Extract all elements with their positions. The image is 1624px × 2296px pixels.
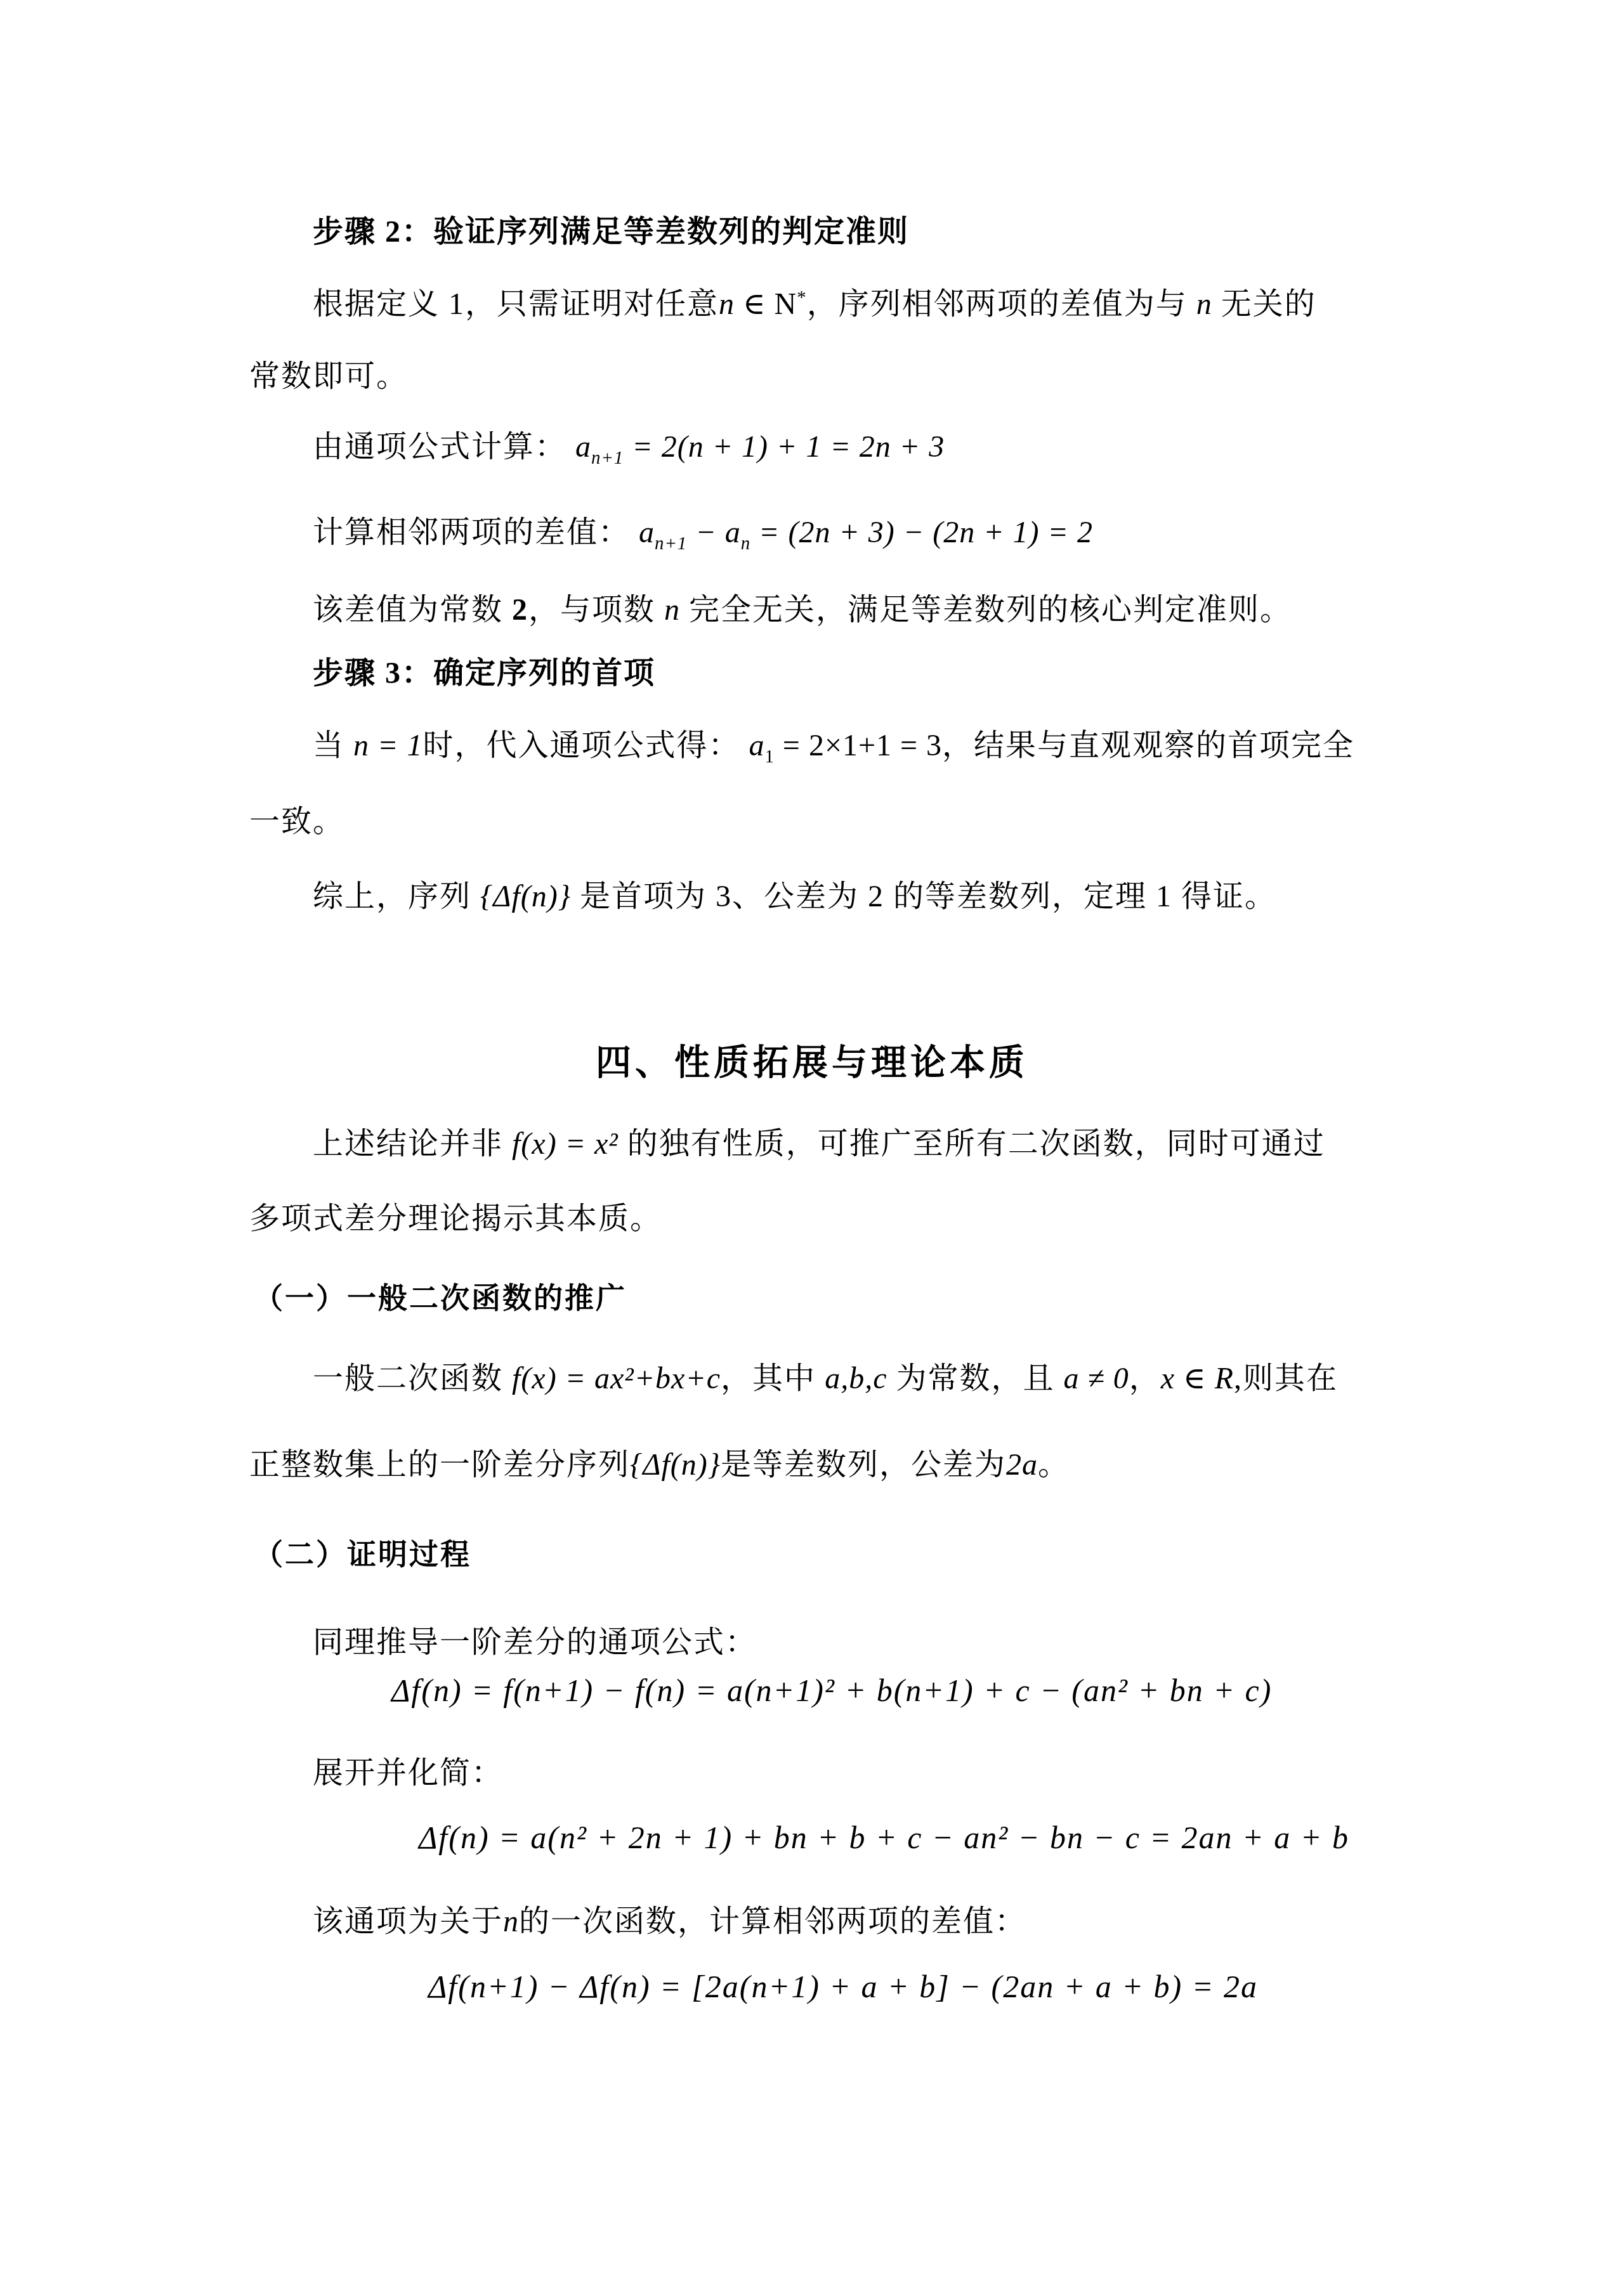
math-x-in-R: x ∈ R — [1161, 1362, 1234, 1395]
text: 。 — [1038, 1448, 1070, 1482]
math-2a: 2a — [1006, 1448, 1038, 1482]
math-delta-f-set: {Δf(n)} — [630, 1448, 721, 1482]
text: ， — [1129, 1362, 1161, 1395]
text: ，序列相邻两项的差值为与 — [807, 287, 1196, 321]
text: 的一次函数，计算相邻两项的差值： — [519, 1905, 1026, 1938]
text: 上述结论并非 — [313, 1127, 512, 1161]
step3-line1: 当 n = 1时，代入通项公式得：a1 = 2×1+1 = 3，结果与直观观察的… — [313, 727, 1354, 765]
step3-line2: 一致。 — [249, 803, 344, 841]
document-page: 步骤 2：验证序列满足等差数列的判定准则 根据定义 1，只需证明对任意n ∈ N… — [0, 0, 1624, 2296]
math-fx-x2: f(x) = x² — [512, 1127, 619, 1161]
calc1-rhs: = 2(n + 1) + 1 = 2n + 3 — [624, 430, 945, 464]
text: ，与项数 — [528, 593, 664, 627]
math-n: n — [664, 593, 680, 627]
math-a-neq-0: a ≠ 0 — [1063, 1362, 1129, 1395]
text: 根据定义 1，只需证明对任意 — [313, 287, 719, 321]
math-formula: = 2×1+1 = 3 — [775, 729, 942, 762]
text: 该差值为常数 — [313, 593, 512, 627]
subsection2-line2: 展开并化简： — [313, 1754, 503, 1792]
text: 是等差数列，公差为 — [721, 1448, 1006, 1482]
calc2-a: a — [639, 516, 655, 549]
math-delta-f-set: {Δf(n)} — [480, 880, 571, 913]
subsection1-line2: 正整数集上的一阶差分序列{Δf(n)}是等差数列，公差为2a。 — [249, 1446, 1070, 1484]
math-star: * — [797, 287, 806, 308]
text: 综上，序列 — [313, 880, 480, 913]
text: ，结果与直观观察的首项完全 — [942, 729, 1354, 762]
section-heading: 四、性质拓展与理论本质 — [0, 1038, 1624, 1088]
text: 当 — [313, 729, 353, 762]
math-n: n — [719, 287, 735, 321]
math-n: n — [1196, 287, 1212, 321]
subsection2-line1: 同理推导一阶差分的通项公式： — [313, 1624, 757, 1662]
text: 一般二次函数 — [313, 1362, 512, 1395]
section4-intro-line2: 多项式差分理论揭示其本质。 — [249, 1200, 662, 1238]
subsection2-title: （二）证明过程 — [254, 1535, 471, 1573]
calc2-rhs: = (2n + 3) − (2n + 1) = 2 — [750, 516, 1093, 549]
math-n: n — [503, 1905, 519, 1938]
math-a1-sub: 1 — [764, 747, 774, 767]
calc2-label: 计算相邻两项的差值： — [313, 516, 630, 549]
math-in-N: ∈ N — [735, 287, 797, 321]
formula-first-difference: Δf(n) = f(n+1) − f(n) = a(n+1)² + b(n+1)… — [391, 1668, 1272, 1712]
step3-title: 步骤 3：确定序列的首项 — [313, 655, 655, 693]
calc2-minus: − a — [687, 516, 740, 549]
text: 为常数，且 — [887, 1362, 1063, 1395]
calc1-label: 由通项公式计算： — [313, 430, 566, 464]
step2-conclusion: 该差值为常数 2，与项数 n 完全无关，满足等差数列的核心判定准则。 — [313, 591, 1292, 629]
text: 正整数集上的一阶差分序列 — [249, 1448, 630, 1482]
subsection1-line1: 一般二次函数 f(x) = ax²+bx+c，其中 a,b,c 为常数，且 a … — [313, 1360, 1338, 1398]
calc2-sub1: n+1 — [655, 533, 687, 554]
step2-calc1: 由通项公式计算：an+1 = 2(n + 1) + 1 = 2n + 3 — [313, 428, 945, 466]
formula-expanded: Δf(n) = a(n² + 2n + 1) + bn + b + c − an… — [419, 1815, 1349, 1860]
formula-second-difference: Δf(n+1) − Δf(n) = [2a(n+1) + a + b] − (2… — [428, 1964, 1258, 2009]
constant-2: 2 — [512, 593, 528, 627]
text: 的独有性质，可推广至所有二次函数，同时可通过 — [619, 1127, 1325, 1161]
step2-title: 步骤 2：验证序列满足等差数列的判定准则 — [313, 213, 909, 251]
step3-summary: 综上，序列 {Δf(n)} 是首项为 3、公差为 2 的等差数列，定理 1 得证… — [313, 878, 1276, 916]
calc1-sub: n+1 — [591, 448, 624, 468]
text: ,则其在 — [1234, 1362, 1338, 1395]
math-abc: a,b,c — [825, 1362, 887, 1395]
math-n-eq-1: n = 1 — [353, 729, 422, 762]
calc1-lhs: a — [575, 430, 591, 464]
text: 无关的 — [1212, 287, 1316, 321]
text: 时，代入通项公式得： — [422, 729, 740, 762]
step2-calc2: 计算相邻两项的差值：an+1 − an = (2n + 3) − (2n + 1… — [313, 514, 1093, 552]
text: ，其中 — [721, 1362, 825, 1395]
text: 是首项为 3、公差为 2 的等差数列，定理 1 得证。 — [571, 880, 1276, 913]
subsection2-line3: 该通项为关于n的一次函数，计算相邻两项的差值： — [313, 1903, 1026, 1941]
step2-paragraph-line1: 根据定义 1，只需证明对任意n ∈ N*，序列相邻两项的差值为与 n 无关的 — [313, 285, 1316, 323]
subsection1-title: （一）一般二次函数的推广 — [254, 1279, 627, 1317]
text: 完全无关，满足等差数列的核心判定准则。 — [680, 593, 1292, 627]
calc2-sub2: n — [741, 533, 750, 554]
text: 该通项为关于 — [313, 1905, 503, 1938]
math-a1: a — [749, 729, 764, 762]
step2-paragraph-line2: 常数即可。 — [249, 358, 408, 396]
math-general-quadratic: f(x) = ax²+bx+c — [512, 1362, 721, 1395]
section4-intro-line1: 上述结论并非 f(x) = x² 的独有性质，可推广至所有二次函数，同时可通过 — [313, 1125, 1325, 1163]
